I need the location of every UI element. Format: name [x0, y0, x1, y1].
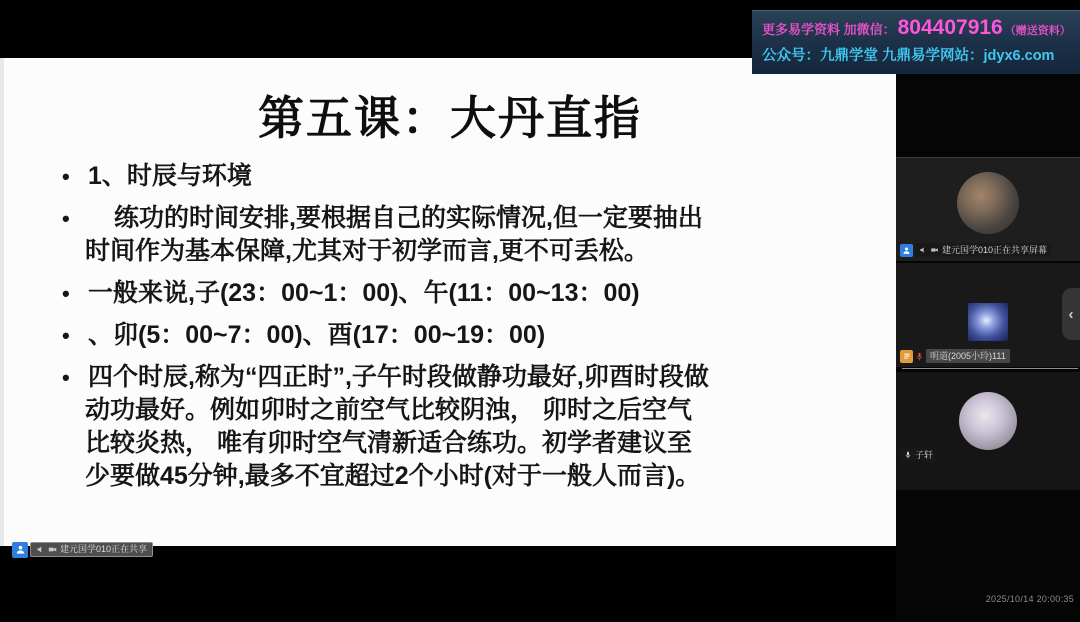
- speaker-icon: [919, 246, 927, 254]
- slide-cont-line: 时间作为基本保障,尤其对于初学而言,更不可丢松。: [62, 235, 874, 268]
- participant-name: 建元国学010正在共享屏幕: [942, 244, 1047, 257]
- shared-slide: 第五课：大丹直指 • 1、时辰与环境 • 练功的时间安排,要根据自己的实际情况,…: [0, 58, 896, 546]
- camera-icon: [930, 246, 939, 254]
- slide-bullet-line: • 、卯(5：00~7：00)、酉(17：00~19：00): [62, 319, 874, 352]
- mic-icon: [904, 450, 912, 460]
- participants-panel: 建元国学010正在共享屏幕 明道(2005小玲)111: [896, 74, 1080, 622]
- promo-banner: 更多易学资料 加微信： 804407916 （赠送资料） 公众号：九鼎学堂 九鼎…: [752, 10, 1080, 74]
- banner-wechat-label: 更多易学资料 加微信：: [762, 19, 896, 38]
- participant-name-bar: 子轩: [900, 448, 937, 462]
- participant-label: 建元国学010正在共享屏幕: [900, 243, 1051, 257]
- bullet-marker: •: [62, 202, 88, 235]
- participant-name-bar: 明道(2005小玲)111: [926, 349, 1010, 363]
- slide-bullet-line: • 1、时辰与环境: [62, 160, 874, 193]
- bullet-marker: •: [62, 277, 88, 310]
- slide-cont-line: 比较炎热， 唯有卯时空气清新适合练功。初学者建议至: [62, 427, 874, 460]
- shared-doc-thumbnail: [968, 303, 1008, 341]
- meeting-window: 第五课：大丹直指 • 1、时辰与环境 • 练功的时间安排,要根据自己的实际情况,…: [0, 0, 1080, 622]
- participant-name: 明道(2005小玲)111: [930, 350, 1006, 363]
- slide-body: • 1、时辰与环境 • 练功的时间安排,要根据自己的实际情况,但一定要抽出 时间…: [62, 160, 874, 493]
- share-indicator-bar: 建元国学010正在共享: [30, 542, 153, 557]
- recording-timestamp: 2025/10/14 20:00:35: [986, 594, 1074, 604]
- presenter-icon: [12, 542, 28, 558]
- share-indicator-text: 建元国学010正在共享: [60, 543, 147, 556]
- camera-icon: [48, 545, 57, 554]
- bullet-marker: •: [62, 160, 88, 193]
- participant-tile[interactable]: 明道(2005小玲)111: [896, 263, 1080, 367]
- speaker-icon: [36, 545, 45, 554]
- panel-collapse-button[interactable]: ‹: [1062, 288, 1080, 340]
- banner-wechat-number: 804407916: [898, 16, 1003, 40]
- banner-line1: 更多易学资料 加微信： 804407916 （赠送资料）: [762, 16, 1072, 40]
- slide-bullet-line: • 一般来说,子(23：00~1：00)、午(11：00~13：00): [62, 277, 874, 310]
- banner-gift-note: （赠送资料）: [1005, 22, 1071, 38]
- person-icon: [902, 246, 911, 255]
- slide-bullet-line: • 练功的时间安排,要根据自己的实际情况,但一定要抽出: [62, 202, 874, 235]
- person-icon: [15, 544, 26, 555]
- participant-label: 明道(2005小玲)111: [900, 349, 1010, 363]
- participant-name: 子轩: [915, 449, 933, 462]
- avatar: [957, 172, 1019, 234]
- presenter-icon: [900, 244, 913, 257]
- doc-lines-icon: [903, 352, 911, 360]
- chevron-left-icon: ‹: [1069, 307, 1074, 322]
- slide-bullet-line: • 四个时辰,称为“四正时”,子午时段做静功最好,卯酉时段做: [62, 361, 874, 394]
- tile-separator: [902, 368, 1078, 369]
- participant-tile[interactable]: 子轩: [896, 372, 1080, 490]
- participant-tile-presenter[interactable]: 建元国学010正在共享屏幕: [896, 157, 1080, 261]
- participant-name-bar: 建元国学010正在共享屏幕: [915, 243, 1051, 257]
- bullet-marker: •: [62, 319, 88, 352]
- slide-cont-line: 动功最好。例如卯时之前空气比较阴浊， 卯时之后空气: [62, 394, 874, 427]
- mic-icon: [915, 351, 924, 362]
- banner-line2: 公众号：九鼎学堂 九鼎易学网站：jdyx6.com: [762, 44, 1072, 65]
- bullet-marker: •: [62, 361, 88, 394]
- document-icon: [900, 350, 913, 363]
- avatar: [959, 392, 1017, 450]
- slide-cont-line: 少要做45分钟,最多不宜超过2个小时(对于一般人而言)。: [62, 460, 874, 493]
- participant-label: 子轩: [900, 448, 937, 462]
- slide-title: 第五课：大丹直指: [4, 82, 896, 148]
- screen-share-indicator: 建元国学010正在共享: [12, 541, 153, 558]
